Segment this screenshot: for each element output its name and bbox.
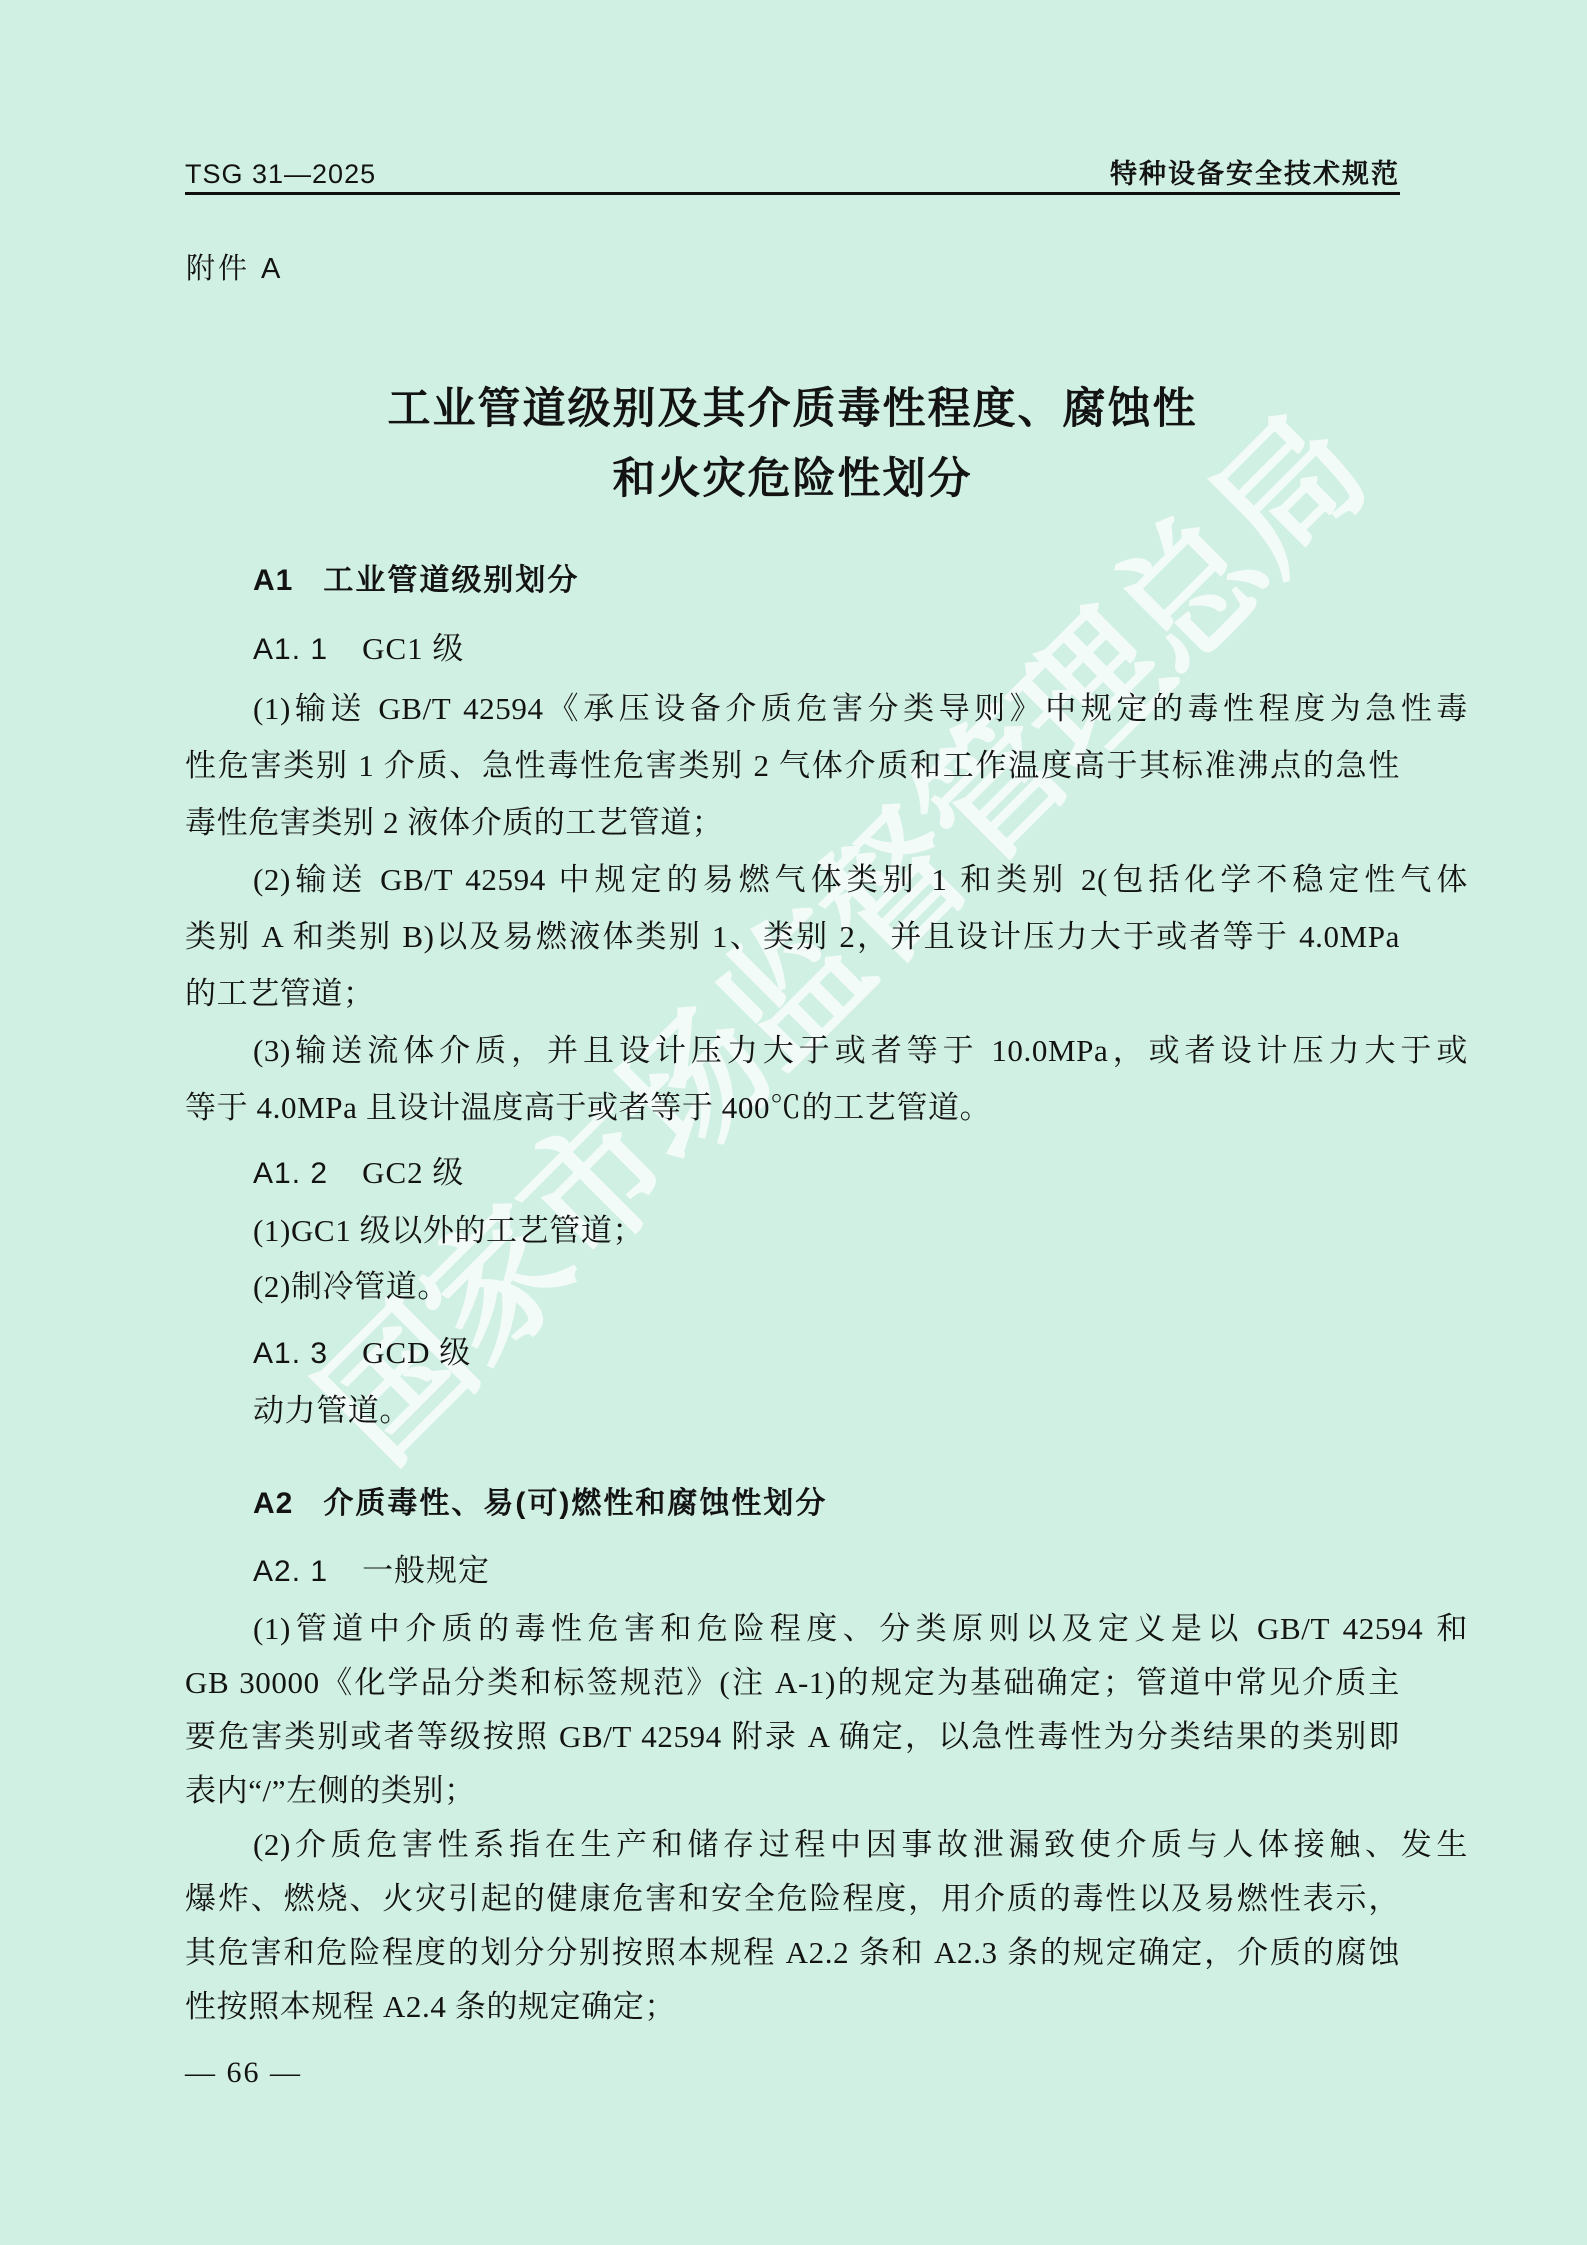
body-line: 的工艺管道； xyxy=(185,975,1400,1012)
body-line: 动力管道。 xyxy=(185,1392,1468,1429)
heading-number: A1 xyxy=(253,564,293,597)
doc-title-line2: 和火灾危险性划分 xyxy=(185,445,1400,506)
heading-text: GCD 级 xyxy=(362,1335,471,1370)
body-line: 毒性危害类别 2 液体介质的工艺管道； xyxy=(185,804,1400,841)
body-line: (1)管道中介质的毒性危害和危险程度、分类原则以及定义是以 GB/T 42594… xyxy=(185,1610,1468,1647)
body-line: (1)输送 GB/T 42594《承压设备介质危害分类导则》中规定的毒性程度为急… xyxy=(185,690,1468,727)
body-line: 等于 4.0MPa 且设计温度高于或者等于 400℃的工艺管道。 xyxy=(185,1089,1400,1126)
body-line: 表内“/”左侧的类别； xyxy=(185,1772,1400,1809)
body-line: 性危害类别 1 介质、急性毒性危害类别 2 气体介质和工作温度高于其标准沸点的急… xyxy=(185,747,1400,784)
section-heading-A1-1: A1. 1GC1 级 xyxy=(185,630,1468,668)
heading-text: 介质毒性、易(可)燃性和腐蚀性划分 xyxy=(323,1487,827,1520)
body-line: (2)介质危害性系指在生产和储存过程中因事故泄漏致使介质与人体接触、发生 xyxy=(185,1826,1468,1863)
heading-text: 一般规定 xyxy=(362,1553,490,1588)
heading-number: A1. 3 xyxy=(253,1337,328,1370)
page-header: TSG 31—2025 特种设备安全技术规范 xyxy=(185,152,1400,191)
doc-code: TSG 31—2025 xyxy=(185,159,376,190)
section-heading-A1-3: A1. 3GCD 级 xyxy=(185,1334,1468,1372)
body-line: 类别 A 和类别 B)以及易燃液体类别 1、类别 2，并且设计压力大于或者等于 … xyxy=(185,918,1400,955)
page-number: — 66 — xyxy=(185,2056,302,2090)
heading-text: GC1 级 xyxy=(362,631,464,666)
body-line: 性按照本规程 A2.4 条的规定确定； xyxy=(185,1988,1400,2025)
heading-number: A1. 1 xyxy=(253,633,328,666)
section-heading-A1: A1工业管道级别划分 xyxy=(185,563,1468,599)
section-heading-A2-1: A2. 1一般规定 xyxy=(185,1552,1468,1590)
heading-text: GC2 级 xyxy=(362,1155,464,1190)
document-content: TSG 31—2025 特种设备安全技术规范 附件 A 工业管道级别及其介质毒性… xyxy=(0,0,1587,2245)
section-heading-A1-2: A1. 2GC2 级 xyxy=(185,1154,1468,1192)
doc-title-line1: 工业管道级别及其介质毒性程度、腐蚀性 xyxy=(185,375,1400,436)
attachment-label: 附件 A xyxy=(186,246,283,287)
heading-number: A1. 2 xyxy=(253,1157,328,1190)
body-line: (1)GC1 级以外的工艺管道； xyxy=(185,1212,1468,1249)
body-line: (2)制冷管道。 xyxy=(185,1268,1468,1305)
heading-number: A2 xyxy=(253,1487,293,1520)
heading-text: 工业管道级别划分 xyxy=(323,564,579,597)
body-line: (2)输送 GB/T 42594 中规定的易燃气体类别 1 和类别 2(包括化学… xyxy=(185,861,1468,898)
body-line: 要危害类别或者等级按照 GB/T 42594 附录 A 确定，以急性毒性为分类结… xyxy=(185,1718,1400,1755)
body-line: 其危害和危险程度的划分分别按照本规程 A2.2 条和 A2.3 条的规定确定，介… xyxy=(185,1934,1400,1971)
header-rule xyxy=(185,192,1400,195)
heading-number: A2. 1 xyxy=(253,1555,328,1588)
body-line: (3)输送流体介质，并且设计压力大于或者等于 10.0MPa，或者设计压力大于或 xyxy=(185,1032,1468,1069)
body-line: GB 30000《化学品分类和标签规范》(注 A-1)的规定为基础确定；管道中常… xyxy=(185,1664,1400,1701)
document-page: 国家市场监督管理总局 TSG 31—2025 特种设备安全技术规范 附件 A 工… xyxy=(0,0,1587,2245)
section-heading-A2: A2介质毒性、易(可)燃性和腐蚀性划分 xyxy=(185,1486,1468,1522)
body-line: 爆炸、燃烧、火灾引起的健康危害和安全危险程度，用介质的毒性以及易燃性表示， xyxy=(185,1880,1400,1917)
doc-type: 特种设备安全技术规范 xyxy=(1110,152,1400,191)
